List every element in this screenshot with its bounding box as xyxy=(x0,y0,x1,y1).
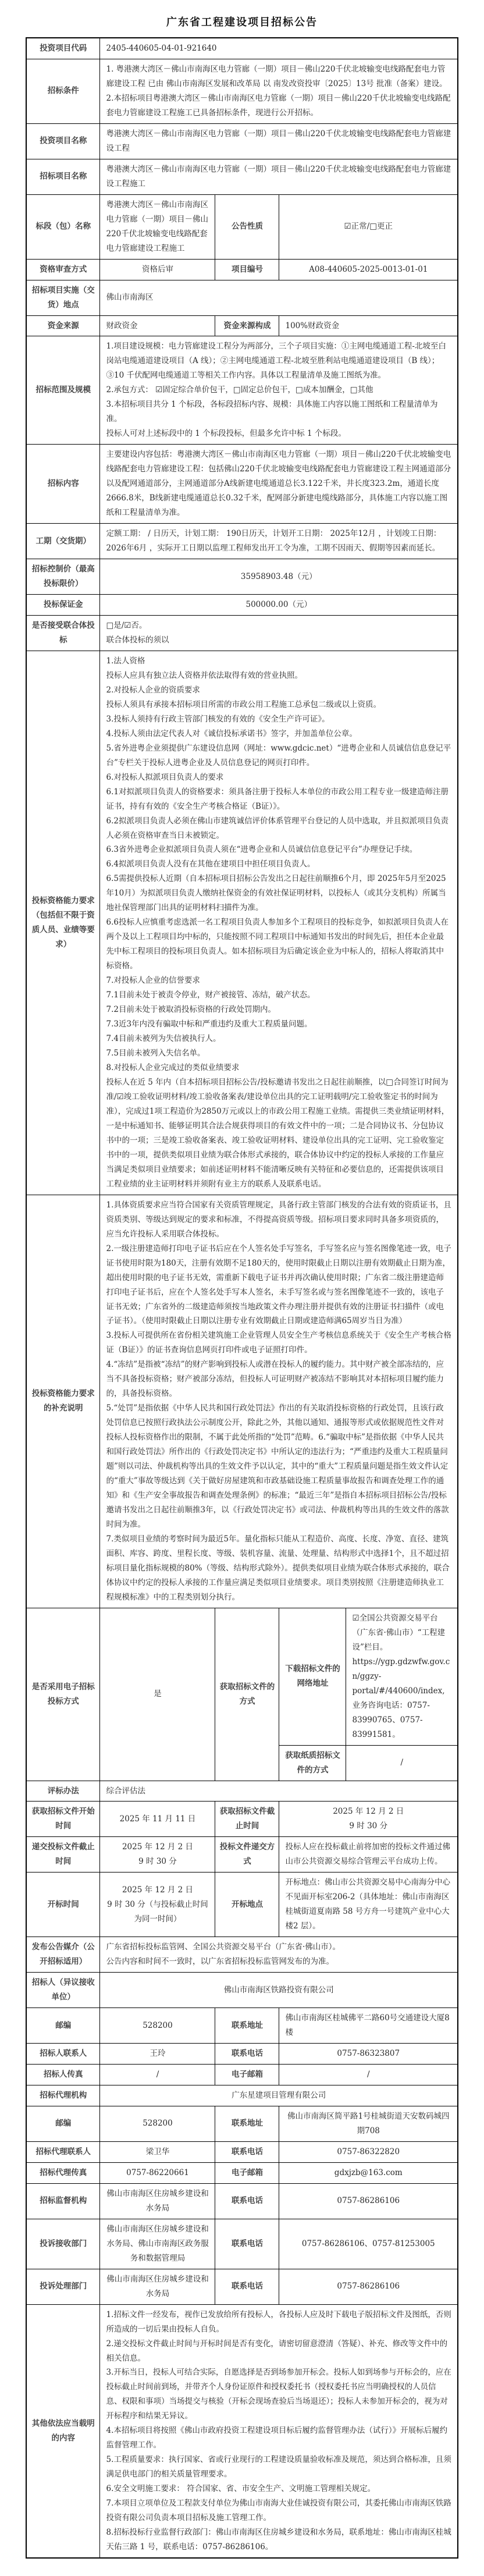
label-complaint-handling-phone: 联系电话 xyxy=(215,2269,279,2304)
value-download-url: ☑全国公共资源交易平台（广东省·佛山市）“工程建设”栏目。 https://yg… xyxy=(346,1608,458,1745)
value-section-name: 粤港澳大湾区－佛山市南海区电力管廊（一期）项目－佛山220千伏北坡输变电线路配套… xyxy=(100,194,215,259)
label-announcement-media: 发布公告媒介（公开招标适用） xyxy=(26,1937,100,1973)
label-evaluation-method: 评标办法 xyxy=(26,1781,100,1802)
value-investment-project-name: 粤港澳大湾区－佛山市南海区电力管廊（一期）项目－佛山220千伏北坡输变电线路配套… xyxy=(100,123,458,159)
value-qualification-requirements: 1.法人资格 投标人应具有独立法人资格并依法取得有效的营业执照。 2.对投标人企… xyxy=(100,651,458,1195)
page-title: 广东省工程建设项目招标公告 xyxy=(0,0,484,37)
value-agency-postcode: 528200 xyxy=(100,2106,215,2141)
label-project-code: 投资项目代码 xyxy=(26,38,100,59)
value-submission-method: 投标人应在投标截止前将加密的投标文件通过佛山市公共资源交易综合管理云平台成功上传… xyxy=(279,1837,458,1873)
table-row: 招标项目实施（交货）地点 佛山市南海区 xyxy=(26,280,458,315)
value-evaluation-method: 综合评估法 xyxy=(100,1781,458,1802)
table-row: 招标条件 1. 粤港澳大湾区－佛山市南海区电力管廊（一期）项目－佛山220千伏北… xyxy=(26,59,458,123)
table-row: 招标范围及规模 1.项目建设规模：电力管廊建设工程分为两部分，三个子项目实施：①… xyxy=(26,336,458,445)
value-submission-deadline: 2025 年 12 月 2 日 9 时 30 分 xyxy=(100,1837,215,1873)
label-complaint-receiving-dept: 投诉接收部门 xyxy=(26,2219,100,2269)
value-announcement-media: 广东省招标投标监管网、全国公共资源交易平台（广东省·佛山市）。 公告内容和时间不… xyxy=(100,1937,458,1973)
value-tender-content: 主要建设内容包括：粤港澳大湾区－佛山市南海区电力管廊（一期）项目－佛山220千伏… xyxy=(100,445,458,524)
label-tenderer-address: 联系地址 xyxy=(215,2008,279,2044)
table-row: 评标办法 综合评估法 xyxy=(26,1781,458,1802)
label-agency-email: 电子邮箱 xyxy=(215,2162,279,2183)
value-tenderer: 佛山市南海区铁路投资有限公司 xyxy=(100,1973,458,2008)
value-tenderer-address: 佛山市南海区桂城佛平二路60号交通建设大厦8楼 xyxy=(279,2008,458,2044)
label-qualification-review-method: 资格审查方式 xyxy=(26,259,100,280)
value-tenderer-phone: 0757-86323807 xyxy=(279,2044,458,2065)
value-supervision-phone: 0757-86286106 xyxy=(279,2183,458,2219)
value-project-code: 2405-440605-04-01-921640 xyxy=(100,38,458,59)
table-row: 招标监督机构 佛山市南海区住房城乡建设和水务局 联系电话 0757-862861… xyxy=(26,2183,458,2219)
label-agency-contact-person: 招标代理联系人 xyxy=(26,2141,100,2162)
table-row: 投标保证金 500000.00（元） xyxy=(26,594,458,615)
value-project-number: A08-440605-2025-0013-01-01 xyxy=(279,259,458,280)
table-row: 招标人（异议接收单位） 佛山市南海区铁路投资有限公司 xyxy=(26,1973,458,2008)
table-row: 资金来源 财政资金 资金来源构成 100%财政资金 xyxy=(26,315,458,336)
value-tenderer-fax: / xyxy=(100,2065,215,2085)
value-complaint-handling-dept: 佛山市南海区住房城乡建设和水务局 xyxy=(100,2269,215,2304)
label-supervision-phone: 联系电话 xyxy=(215,2183,279,2219)
label-electronic-bidding: 是否采用电子招标投标方式 xyxy=(26,1608,100,1781)
value-complaint-handling-phone: 0757-86286106 xyxy=(279,2269,458,2304)
value-announcement-nature: ☑正常/□更正 xyxy=(279,194,458,259)
table-row: 招标代理机构 广东星建项目管理有限公司 xyxy=(26,2085,458,2106)
document-page: 广东省工程建设项目招标公告 投资项目代码 2405-440605-04-01-9… xyxy=(0,0,484,2576)
label-project-location: 招标项目实施（交货）地点 xyxy=(26,280,100,315)
value-tender-project-name: 粤港澳大湾区－佛山市南海区电力管廊（一期）项目－佛山220千伏北坡输变电线路配套… xyxy=(100,159,458,194)
value-complaint-receiving-dept: 佛山市南海区住房城乡建设和水务局、佛山市南海区政务服务和数据管理局 xyxy=(100,2219,215,2269)
label-funding-composition: 资金来源构成 xyxy=(215,315,279,336)
label-construction-period: 工期（交货期） xyxy=(26,524,100,559)
value-tender-agency: 广东星建项目管理有限公司 xyxy=(100,2085,458,2106)
label-tenderer-phone: 联系电话 xyxy=(215,2044,279,2065)
table-row: 招标代理传真 0757-86220661 电子邮箱 gdxjzb@163.com xyxy=(26,2162,458,2183)
label-tenderer-postcode: 邮编 xyxy=(26,2008,100,2044)
value-complaint-receiving-phone: 0757-86286106、0757-81253005 xyxy=(279,2219,458,2269)
label-investment-project-name: 投资项目名称 xyxy=(26,123,100,159)
label-agency-phone: 联系电话 xyxy=(215,2141,279,2162)
label-doc-obtain-start-time: 获取招标文件开始时间 xyxy=(26,1802,100,1837)
label-supervision-authority: 招标监督机构 xyxy=(26,2183,100,2219)
value-qualification-review-method: 资格后审 xyxy=(100,259,215,280)
label-qualification-requirements: 投标资格能力要求（包括但不限于资质人员、业绩等要求） xyxy=(26,651,100,1195)
label-complaint-handling-dept: 投诉处理部门 xyxy=(26,2269,100,2304)
label-project-number: 项目编号 xyxy=(215,259,279,280)
value-agency-contact-person: 梁卫华 xyxy=(100,2141,215,2162)
table-row: 招标内容 主要建设内容包括：粤港澳大湾区－佛山市南海区电力管廊（一期）项目－佛山… xyxy=(26,445,458,524)
table-row: 投诉接收部门 佛山市南海区住房城乡建设和水务局、佛山市南海区政务服务和数据管理局… xyxy=(26,2219,458,2269)
table-row: 投资项目名称 粤港澳大湾区－佛山市南海区电力管廊（一期）项目－佛山220千伏北坡… xyxy=(26,123,458,159)
label-submission-deadline: 递交投标文件截止时间 xyxy=(26,1837,100,1873)
label-announcement-nature: 公告性质 xyxy=(215,194,279,259)
label-tenderer-contact-person: 招标人联系人 xyxy=(26,2044,100,2065)
value-electronic-bidding: 是 xyxy=(100,1608,215,1781)
label-tenderer: 招标人（异议接收单位） xyxy=(26,1973,100,2008)
label-tender-agency: 招标代理机构 xyxy=(26,2085,100,2106)
table-row: 投诉处理部门 佛山市南海区住房城乡建设和水务局 联系电话 0757-862861… xyxy=(26,2269,458,2304)
table-row: 资格审查方式 资格后审 项目编号 A08-440605-2025-0013-01… xyxy=(26,259,458,280)
label-doc-obtain-deadline: 获取招标文件截止时间 xyxy=(215,1802,279,1837)
label-tender-content: 招标内容 xyxy=(26,445,100,524)
table-row: 招标人联系人 王玲 联系电话 0757-86323807 xyxy=(26,2044,458,2065)
table-row: 标段（包）名称 粤港澳大湾区－佛山市南海区电力管廊（一期）项目－佛山220千伏北… xyxy=(26,194,458,259)
table-row: 开标时间 2025 年 12 月 2 日 9 时 30 分（与投标截止时间为同一… xyxy=(26,1873,458,1937)
value-project-location: 佛山市南海区 xyxy=(100,280,458,315)
value-agency-phone: 0757-86322820 xyxy=(279,2141,458,2162)
value-construction-period: 定额工期： / 日历天，计划工期： 190日历天，计划开工日期： 2025年12… xyxy=(100,524,458,559)
value-bid-conditions: 1. 粤港澳大湾区－佛山市南海区电力管廊（一期）项目－佛山220千伏北坡输变电线… xyxy=(100,59,458,123)
value-doc-obtain-start-time: 2025 年 11 月 11 日 xyxy=(100,1802,215,1837)
table-row: 工期（交货期） 定额工期： / 日历天，计划工期： 190日历天，计划开工日期：… xyxy=(26,524,458,559)
value-funding-source: 财政资金 xyxy=(100,315,215,336)
value-bid-opening-place: 开标地点：佛山市公共资源交易中心南海分中心不见面开标室206-2（具体地址：佛山… xyxy=(279,1873,458,1937)
value-qualification-supplement: 1.具体资质要求应当符合国家有关资质管理规定，具备行政主管部门核发的合法有效的资… xyxy=(100,1195,458,1608)
label-bid-conditions: 招标条件 xyxy=(26,59,100,123)
value-control-price: 35958903.48（元） xyxy=(100,559,458,595)
label-agency-postcode: 邮编 xyxy=(26,2106,100,2141)
label-bid-bond: 投标保证金 xyxy=(26,594,100,615)
table-row: 投标资格能力要求的补充说明 1.具体资质要求应当符合国家有关资质管理规定，具备行… xyxy=(26,1195,458,1608)
label-section-name: 标段（包）名称 xyxy=(26,194,100,259)
label-bid-opening-time: 开标时间 xyxy=(26,1873,100,1937)
label-qualification-supplement: 投标资格能力要求的补充说明 xyxy=(26,1195,100,1608)
value-agency-fax: 0757-86220661 xyxy=(100,2162,215,2183)
label-tender-scope: 招标范围及规模 xyxy=(26,336,100,445)
table-row: 招标人传真 / 电子邮箱 / xyxy=(26,2065,458,2085)
table-row: 递交投标文件截止时间 2025 年 12 月 2 日 9 时 30 分 投标文件… xyxy=(26,1837,458,1873)
value-bid-bond: 500000.00（元） xyxy=(100,594,458,615)
table-row: 招标代理联系人 梁卫华 联系电话 0757-86322820 xyxy=(26,2141,458,2162)
table-row: 是否接受联合体投标 □是/☑否。 联合体投标的须以 xyxy=(26,615,458,651)
label-agency-fax: 招标代理传真 xyxy=(26,2162,100,2183)
table-row: 发布公告媒介（公开招标适用） 广东省招标投标监管网、全国公共资源交易平台（广东省… xyxy=(26,1937,458,1973)
label-tender-project-name: 招标项目名称 xyxy=(26,159,100,194)
table-row: 其他依法应当载明的内容 1.招标文件一经发布，视作已发放给所有投标人，各投标人应… xyxy=(26,2304,458,2558)
value-consortium-bidding: □是/☑否。 联合体投标的须以 xyxy=(100,615,458,651)
table-row: 获取招标文件开始时间 2025 年 11 月 11 日 获取招标文件截止时间 2… xyxy=(26,1802,458,1837)
label-consortium-bidding: 是否接受联合体投标 xyxy=(26,615,100,651)
label-submission-method: 投标文件递交方式 xyxy=(215,1837,279,1873)
value-paper-document-method: / xyxy=(346,1745,458,1781)
value-tenderer-email: / xyxy=(279,2065,458,2085)
label-other-required-contents: 其他依法应当载明的内容 xyxy=(26,2304,100,2558)
label-funding-source: 资金来源 xyxy=(26,315,100,336)
tender-announcement-table: 投资项目代码 2405-440605-04-01-921640 招标条件 1. … xyxy=(26,37,458,2559)
label-paper-document-method: 获取纸质招标文件的方式 xyxy=(279,1745,346,1781)
table-row: 是否采用电子招标投标方式 是 获取招标文件的方式 下载招标文件的网络地址 ☑全国… xyxy=(26,1608,458,1745)
value-funding-composition: 100%财政资金 xyxy=(279,315,458,336)
table-row: 邮编 528200 联系地址 佛山市南海区桂城佛平二路60号交通建设大厦8楼 xyxy=(26,2008,458,2044)
label-agency-address: 联系地址 xyxy=(215,2106,279,2141)
value-doc-obtain-deadline: 2025 年 12 月 2 日 9 时 30 分 xyxy=(279,1802,458,1837)
label-download-url: 下载招标文件的网络地址 xyxy=(279,1608,346,1745)
value-supervision-authority: 佛山市南海区住房城乡建设和水务局 xyxy=(100,2183,215,2219)
label-bid-opening-place: 开标地点 xyxy=(215,1873,279,1937)
label-control-price: 招标控制价（最高投标限价） xyxy=(26,559,100,595)
value-agency-email: gdxjzb@163.com xyxy=(279,2162,458,2183)
table-row: 邮编 528200 联系地址 佛山市南海区简平路1号桂城街道天安数码城四期708 xyxy=(26,2106,458,2141)
value-agency-address: 佛山市南海区简平路1号桂城街道天安数码城四期708 xyxy=(279,2106,458,2141)
value-tenderer-postcode: 528200 xyxy=(100,2008,215,2044)
value-bid-opening-time: 2025 年 12 月 2 日 9 时 30 分（与投标截止时间为同一时间） xyxy=(100,1873,215,1937)
label-complaint-receiving-phone: 联系电话 xyxy=(215,2219,279,2269)
table-row: 投资项目代码 2405-440605-04-01-921640 xyxy=(26,38,458,59)
value-other-required-contents: 1.招标文件一经发布，视作已发放给所有投标人，各投标人应及时下载电子版招标文件及… xyxy=(100,2304,458,2558)
table-row: 招标项目名称 粤港澳大湾区－佛山市南海区电力管廊（一期）项目－佛山220千伏北坡… xyxy=(26,159,458,194)
table-row: 投标资格能力要求（包括但不限于资质人员、业绩等要求） 1.法人资格 投标人应具有… xyxy=(26,651,458,1195)
table-row: 招标控制价（最高投标限价） 35958903.48（元） xyxy=(26,559,458,595)
value-tender-scope: 1.项目建设规模：电力管廊建设工程分为两部分，三个子项目实施：①主网电缆通道工程… xyxy=(100,336,458,445)
value-tenderer-contact-person: 王玲 xyxy=(100,2044,215,2065)
label-tenderer-email: 电子邮箱 xyxy=(215,2065,279,2085)
label-tenderer-fax: 招标人传真 xyxy=(26,2065,100,2085)
label-document-obtain-method: 获取招标文件的方式 xyxy=(215,1608,279,1781)
